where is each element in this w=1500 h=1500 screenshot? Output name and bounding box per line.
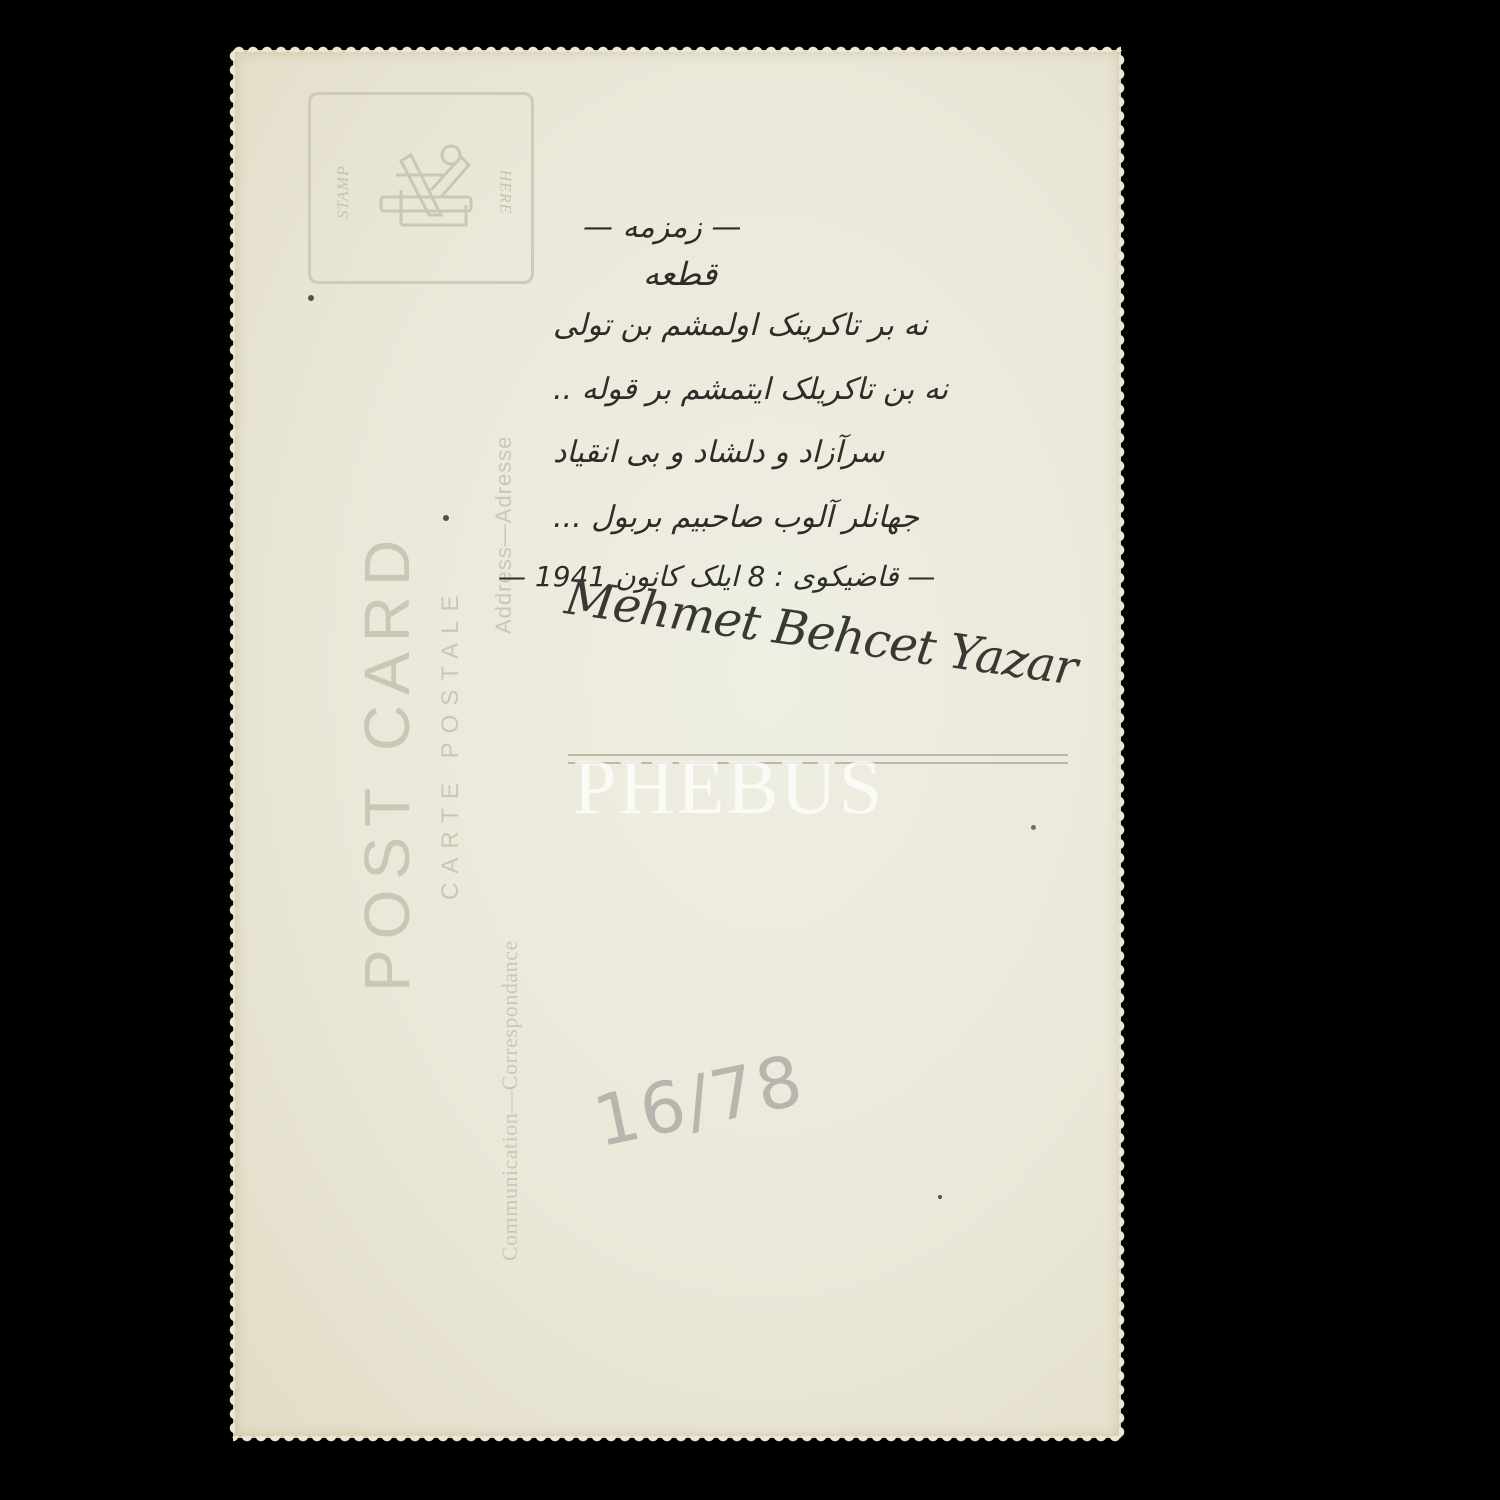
- postcard: STAMP HERE POST CARD CARTE POSTALE Addre…: [233, 50, 1121, 1438]
- stamp-box: STAMP HERE: [308, 92, 534, 284]
- printed-title: POST CARD: [350, 530, 424, 992]
- handwritten-line: سرآزاد و دلشاد و بی انقیاد: [553, 435, 884, 470]
- ink-spot: [308, 295, 314, 301]
- handwritten-line: نه بن تاکریلک ایتمشم بر قوله ..: [553, 372, 948, 407]
- publisher-monogram-icon: [371, 135, 481, 245]
- ink-spot: [443, 515, 449, 521]
- ink-spot: [1031, 825, 1036, 830]
- handwritten-line: نه بر تاکرینک اولمشم بن تولی: [553, 308, 928, 343]
- pencil-inventory-note: 16/78: [587, 1039, 811, 1163]
- handwritten-heading-right: — زمزمه —: [583, 210, 741, 245]
- deckle-edge-top: [233, 44, 1121, 52]
- watermark: PHEBUS: [573, 742, 884, 832]
- stamp-label-right: HERE: [496, 170, 514, 215]
- address-label: Address—Adresse: [491, 436, 517, 634]
- ink-spot: [938, 1195, 942, 1199]
- deckle-edge-bottom: [233, 1436, 1121, 1444]
- handwritten-date-line: — قاضیکوی : 8 ایلک کانون 1941 —: [498, 560, 935, 593]
- deckle-edge-left: [227, 50, 235, 1438]
- printed-subtitle: CARTE POSTALE: [437, 587, 465, 901]
- stamp-label-left: STAMP: [335, 165, 353, 219]
- communication-label: Communication—Correspondance: [497, 940, 523, 1261]
- handwritten-line: جهانلر آلوب صاحبیم بربول ...: [553, 500, 919, 535]
- deckle-edge-right: [1119, 50, 1127, 1438]
- handwritten-heading: قطعه: [643, 255, 717, 293]
